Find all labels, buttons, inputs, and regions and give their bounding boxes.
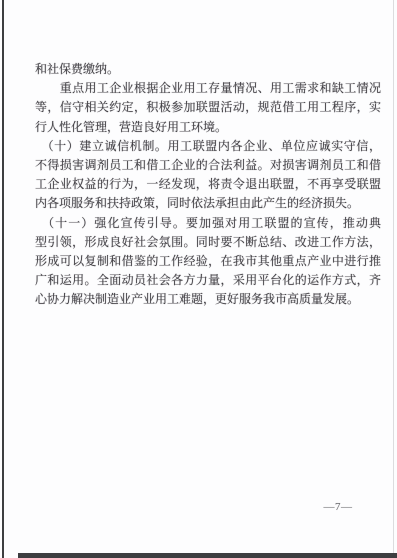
page-number: —7— — [308, 501, 368, 513]
text-line: 型引领，形成良好社会氛围。同时要不断总结、改进工作方法， — [35, 233, 381, 252]
text-line: 等，信守相关约定，积极参加联盟活动，规范借工用工程序，实 — [35, 98, 381, 117]
text-line: 广和运用。全面动员社会各方力量，采用平台化的运作方式，齐 — [35, 271, 381, 290]
text-line: 重点用工企业根据企业用工存量情况、用工需求和缺工情况 — [35, 79, 381, 98]
text-line: 形成可以复制和借鉴的工作经验，在我市其他重点产业中进行推 — [35, 252, 381, 271]
text-line: 工企业权益的行为，一经发现，将责令退出联盟，不再享受联盟 — [35, 175, 381, 194]
document-page: 和社保费缴纳。 重点用工企业根据企业用工存量情况、用工需求和缺工情况 等，信守相… — [0, 0, 397, 558]
scan-bottom-edge — [18, 553, 397, 558]
scan-left-edge — [2, 0, 4, 558]
text-line: 行人性化管理，营造良好用工环境。 — [35, 118, 381, 137]
text-line: （十一）强化宣传引导。要加强对用工联盟的宣传，推动典 — [35, 214, 381, 233]
text-line: 心协力解决制造业产业用工难题，更好服务我市高质量发展。 — [35, 290, 381, 309]
text-line: 和社保费缴纳。 — [35, 60, 381, 79]
document-text-block: 和社保费缴纳。 重点用工企业根据企业用工存量情况、用工需求和缺工情况 等，信守相… — [35, 60, 381, 309]
text-line: （十）建立诚信机制。用工联盟内各企业、单位应诚实守信， — [35, 137, 381, 156]
text-line: 不得损害调剂员工和借工企业的合法利益。对损害调剂员工和借 — [35, 156, 381, 175]
scan-right-edge — [393, 0, 394, 558]
text-line: 内各项服务和扶持政策，同时依法承担由此产生的经济损失。 — [35, 194, 381, 213]
